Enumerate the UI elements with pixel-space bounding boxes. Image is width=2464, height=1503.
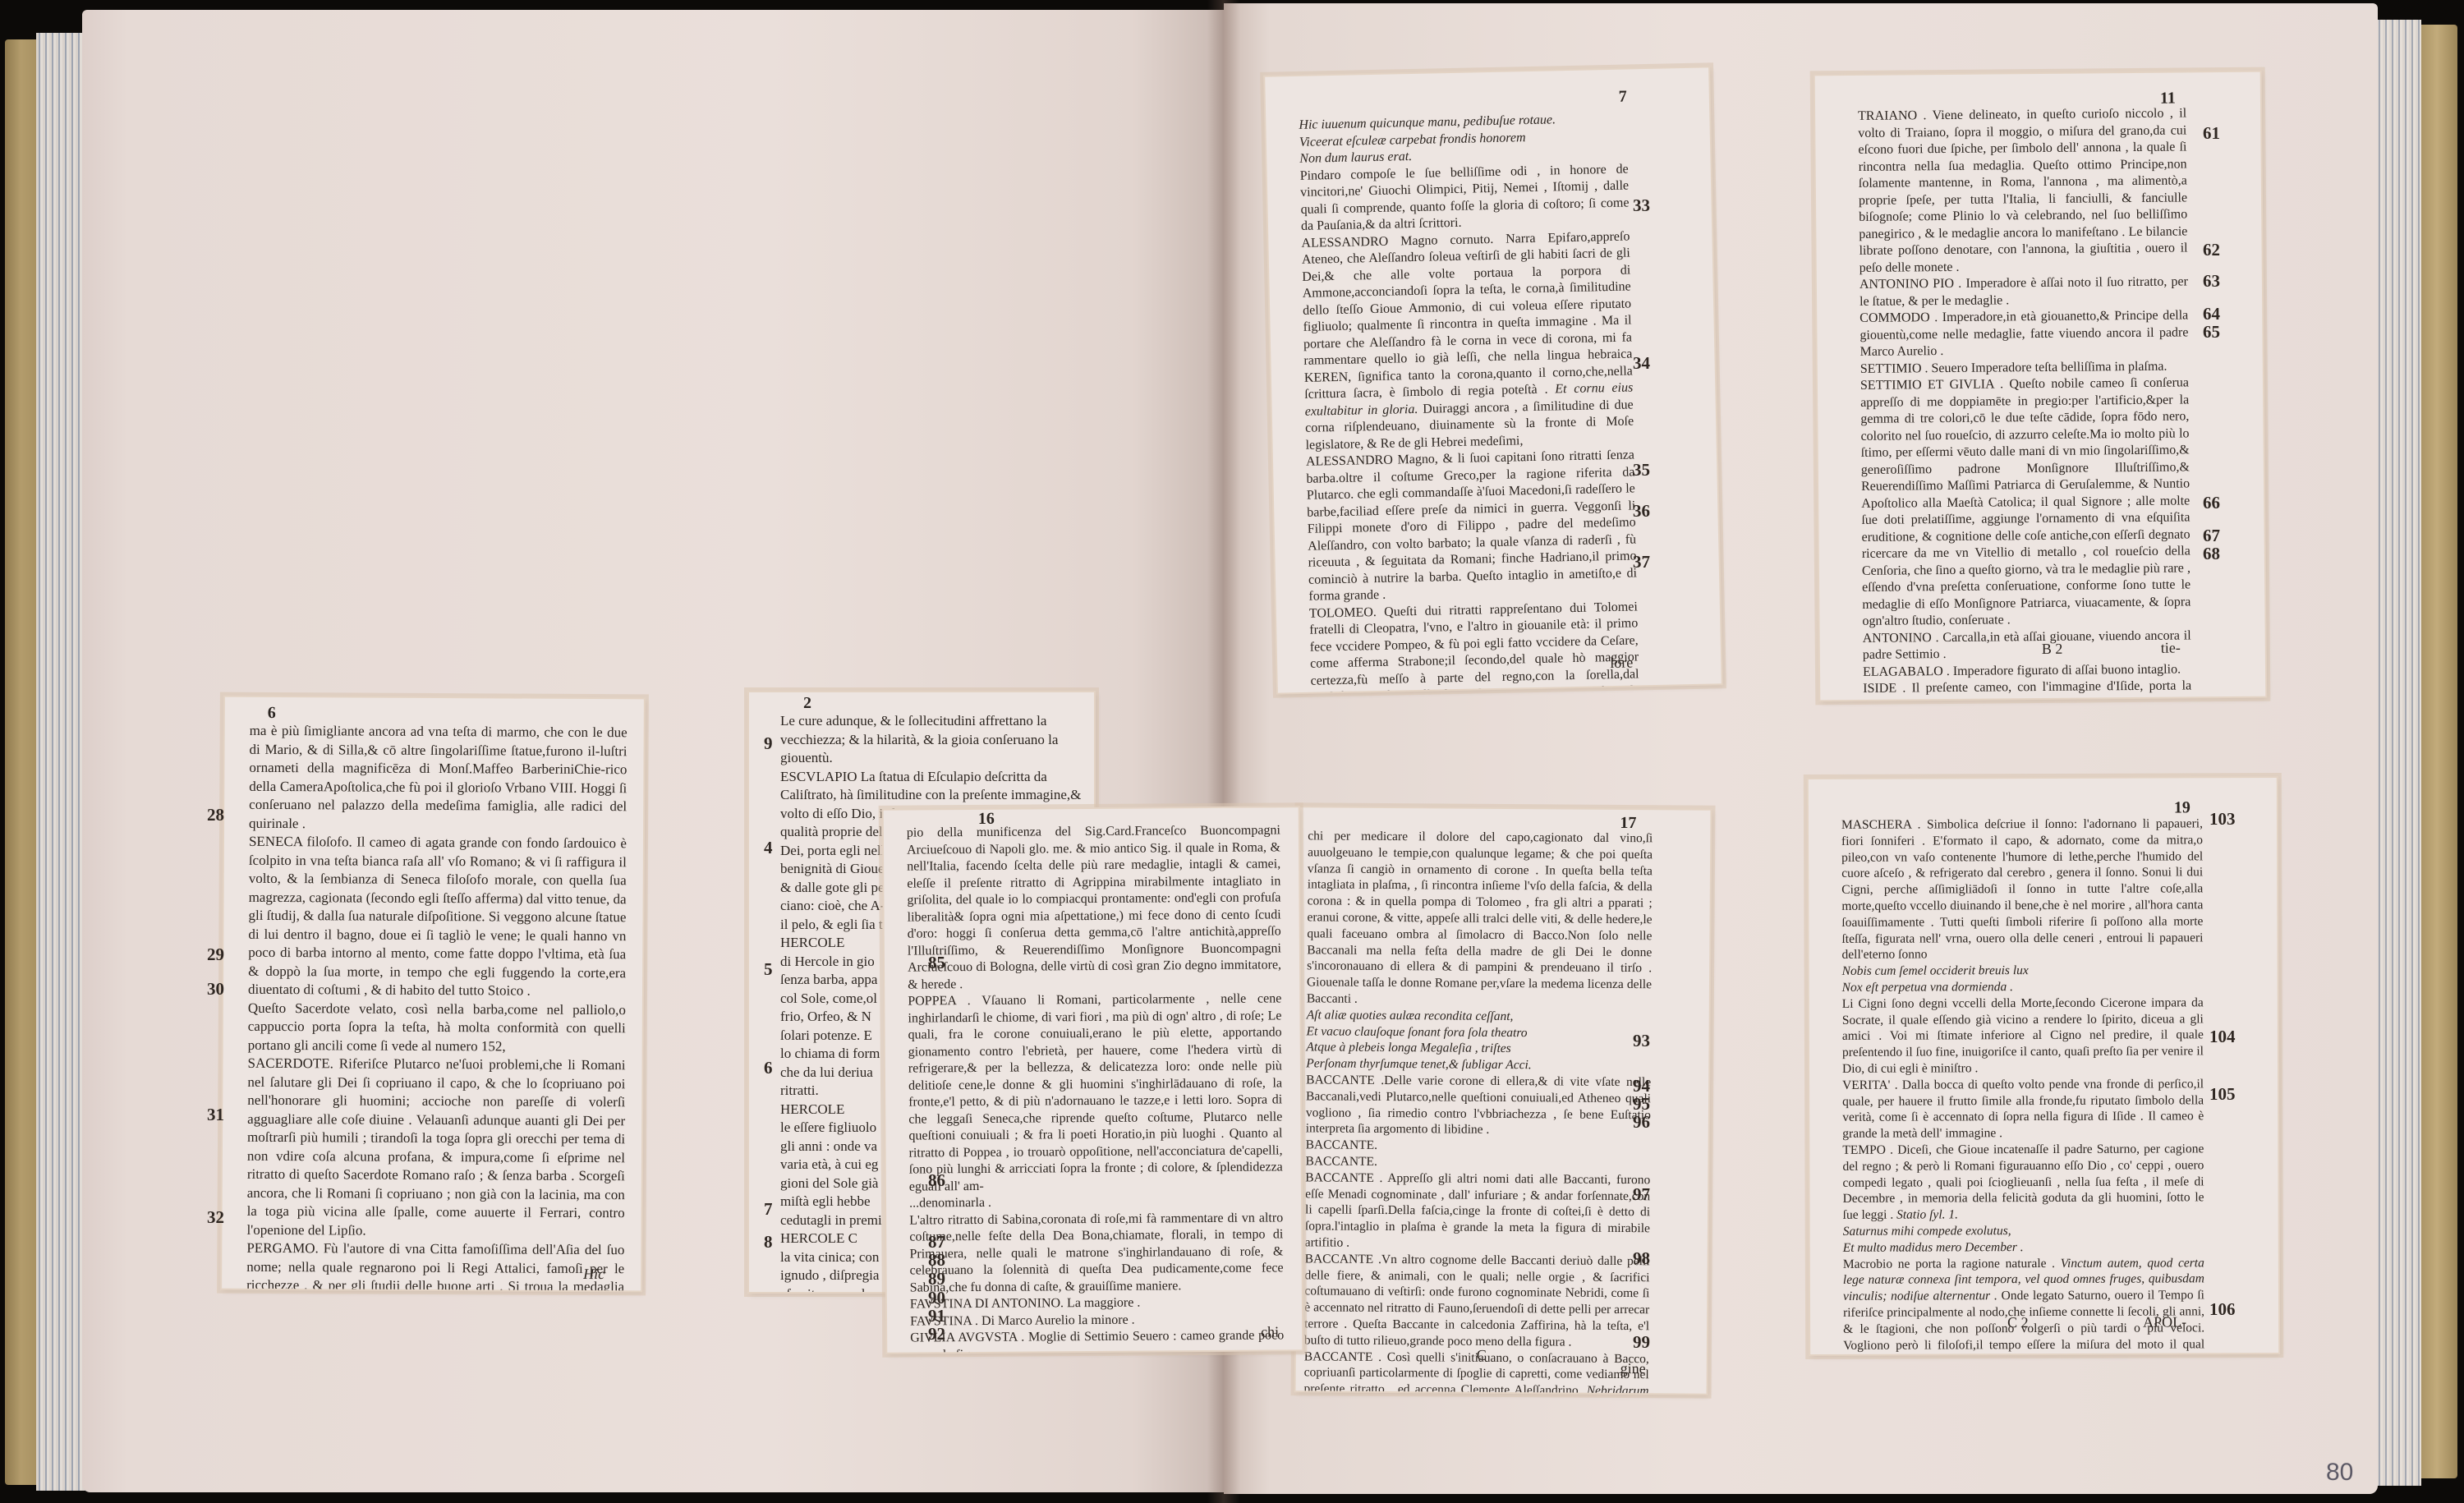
margin-number: 66 [2203, 493, 2220, 513]
margin-number: 9 [764, 733, 773, 754]
signature-mark: C [1477, 1347, 1487, 1364]
open-book: 6 ma è più ſimigliante ancora ad vna teſ… [0, 0, 2464, 1503]
catchword: tie- [2161, 640, 2181, 657]
catchword: Hic [583, 1266, 605, 1283]
margin-number: 30 [207, 979, 224, 1000]
margin-number: 34 [1633, 353, 1650, 374]
page-edges-right [2376, 20, 2421, 1486]
margin-number: 61 [2203, 123, 2220, 144]
pasted-page-19: 19 MASCHERA . Simbolica deſcriue il ſonn… [1809, 778, 2278, 1354]
margin-number: 68 [2203, 544, 2220, 564]
margin-number: 92 [928, 1324, 945, 1344]
page-edges-left [36, 33, 85, 1491]
signature-mark: C 2 [2007, 1314, 2029, 1331]
margin-number: 89 [928, 1269, 945, 1289]
margin-number: 7 [764, 1199, 773, 1220]
margin-number: 106 [2209, 1299, 2236, 1320]
signature-mark: B 2 [2042, 641, 2063, 658]
margin-number: 105 [2209, 1084, 2236, 1105]
margin-number: 29 [207, 945, 224, 965]
margin-number: 96 [1633, 1112, 1650, 1133]
page-text: Hic iuuenum quicunque manu, pedibuſue ro… [1299, 111, 1639, 668]
margin-number: 104 [2209, 1027, 2236, 1047]
page-text: chi per medicare il dolore del capo,cagi… [1304, 828, 1653, 1348]
page-number: 7 [1619, 88, 1627, 107]
margin-number: 85 [928, 953, 945, 973]
margin-number: 62 [2203, 240, 2220, 260]
page-text: pio della munificenza del Sig.Card.Franc… [907, 822, 1284, 1326]
margin-number: 93 [1633, 1031, 1650, 1051]
catchword: chi [1261, 1323, 1279, 1340]
margin-number: 6 [764, 1058, 773, 1078]
margin-number: 88 [928, 1250, 945, 1271]
pasted-page-11: 11 TRAIANO . Viene delineato, in queſto … [1815, 72, 2266, 701]
margin-number: 65 [2203, 322, 2220, 342]
page-number: 2 [803, 694, 811, 713]
page-text: MASCHERA . Simbolica deſcriue il ſonno: … [1841, 816, 2204, 1310]
margin-number: 8 [764, 1232, 773, 1252]
pencil-folio-number: 80 [2326, 1459, 2353, 1487]
margin-number: 28 [207, 805, 224, 825]
catchword: APOL- [2143, 1313, 2186, 1331]
margin-number: 97 [1633, 1184, 1650, 1205]
margin-number: 32 [207, 1207, 224, 1228]
page-text: ma è più ſimigliante ancora ad vna teſta… [246, 722, 627, 1257]
catchword: gine [1620, 1360, 1646, 1377]
margin-number: 103 [2209, 809, 2236, 830]
margin-number: 98 [1633, 1248, 1650, 1269]
margin-number: 31 [207, 1105, 224, 1125]
margin-number: 86 [928, 1170, 945, 1191]
margin-number: 4 [764, 838, 773, 858]
book-cover-right [2416, 25, 2457, 1478]
catchword: lore [1610, 655, 1633, 673]
page-number: 6 [268, 704, 276, 723]
margin-number: 63 [2203, 271, 2220, 292]
margin-number: 5 [764, 959, 773, 980]
page-number: 19 [2174, 798, 2190, 817]
margin-number: 36 [1633, 501, 1650, 522]
margin-number: 35 [1633, 460, 1650, 480]
pasted-page-6: 6 ma è più ſimigliante ancora ad vna teſ… [222, 697, 644, 1291]
pasted-page-7: 7 Hic iuuenum quicunque manu, pedibuſue … [1265, 67, 1722, 692]
margin-number: 33 [1633, 195, 1650, 216]
margin-number: 37 [1633, 552, 1650, 572]
margin-number: 99 [1633, 1332, 1650, 1353]
page-text: TRAIANO . Viene delineato, in queſto cur… [1858, 105, 2191, 633]
pasted-page-16: 16 pio della munificenza del Sig.Card.Fr… [884, 807, 1303, 1353]
